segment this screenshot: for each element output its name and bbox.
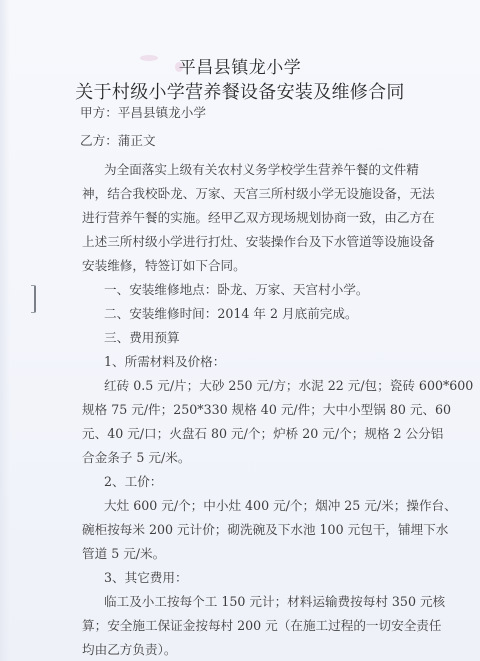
- clause-location: 一、安装维修地点：卧龙、万家、天宫村小学。: [104, 282, 368, 298]
- other-costs-line: 临工及小工按每个工 150 元计；材料运输费按每村 350 元核: [104, 594, 445, 610]
- contract-title: 关于村级小学营养餐设备安装及维修合同: [0, 78, 480, 104]
- labor-heading: 2、工价：: [104, 474, 162, 490]
- school-title: 平昌县镇龙小学: [0, 53, 480, 78]
- materials-line: 红砖 0.5 元/片；大砂 250 元/方；水泥 22 元/包；瓷砖 600*6…: [104, 378, 473, 394]
- other-costs-heading: 3、其它费用：: [104, 570, 188, 586]
- party-b: 乙方：蒲正文: [80, 133, 156, 149]
- materials-line: 规格 75 元/件；250*330 规格 40 元/件；大中小型锅 80 元、6…: [82, 402, 451, 418]
- clause-time: 二、安装维修时间：2014 年 2 月底前完成。: [104, 306, 358, 322]
- labor-line: 大灶 600 元/个；中小灶 400 元/个；烟冲 25 元/米；操作台、: [104, 498, 457, 514]
- intro-line: 为全面落实上级有关农村义务学校学生营养午餐的文件精: [104, 162, 419, 178]
- intro-line: 安装维修，特签订如下合同。: [82, 258, 246, 274]
- materials-heading: 1、所需材料及价格：: [104, 354, 225, 370]
- party-a: 甲方：平昌县镇龙小学: [80, 105, 206, 121]
- other-costs-line: 算；安全施工保证金按每村 200 元（在施工过程的一切安全责任: [82, 618, 441, 634]
- materials-line: 合金条子 5 元/米。: [82, 450, 190, 466]
- labor-line: 碗柜按每米 200 元计价；砌洗碗及下水池 100 元包干，铺埋下水: [82, 522, 448, 538]
- other-costs-line: 均由乙方负责）。: [82, 642, 176, 658]
- intro-line: 进行营养午餐的实施。经甲乙双方现场规划协商一致，由乙方在: [82, 210, 435, 226]
- materials-line: 元、40 元/口；火盘石 80 元/个；炉桥 20 元/个；规格 2 公分铝: [82, 426, 443, 442]
- intro-line: 上述三所村级小学进行打灶、安装操作台及下水管道等设施设备: [82, 234, 435, 250]
- clause-budget: 三、费用预算: [104, 330, 180, 346]
- intro-line: 神，结合我校卧龙、万家、天宫三所村级小学无设施设备，无法: [82, 186, 435, 202]
- staple-mark: [31, 285, 36, 313]
- scanned-page: 平昌县镇龙小学 关于村级小学营养餐设备安装及维修合同 甲方：平昌县镇龙小学 乙方…: [0, 0, 480, 661]
- labor-line: 管道 5 元/米。: [82, 546, 165, 562]
